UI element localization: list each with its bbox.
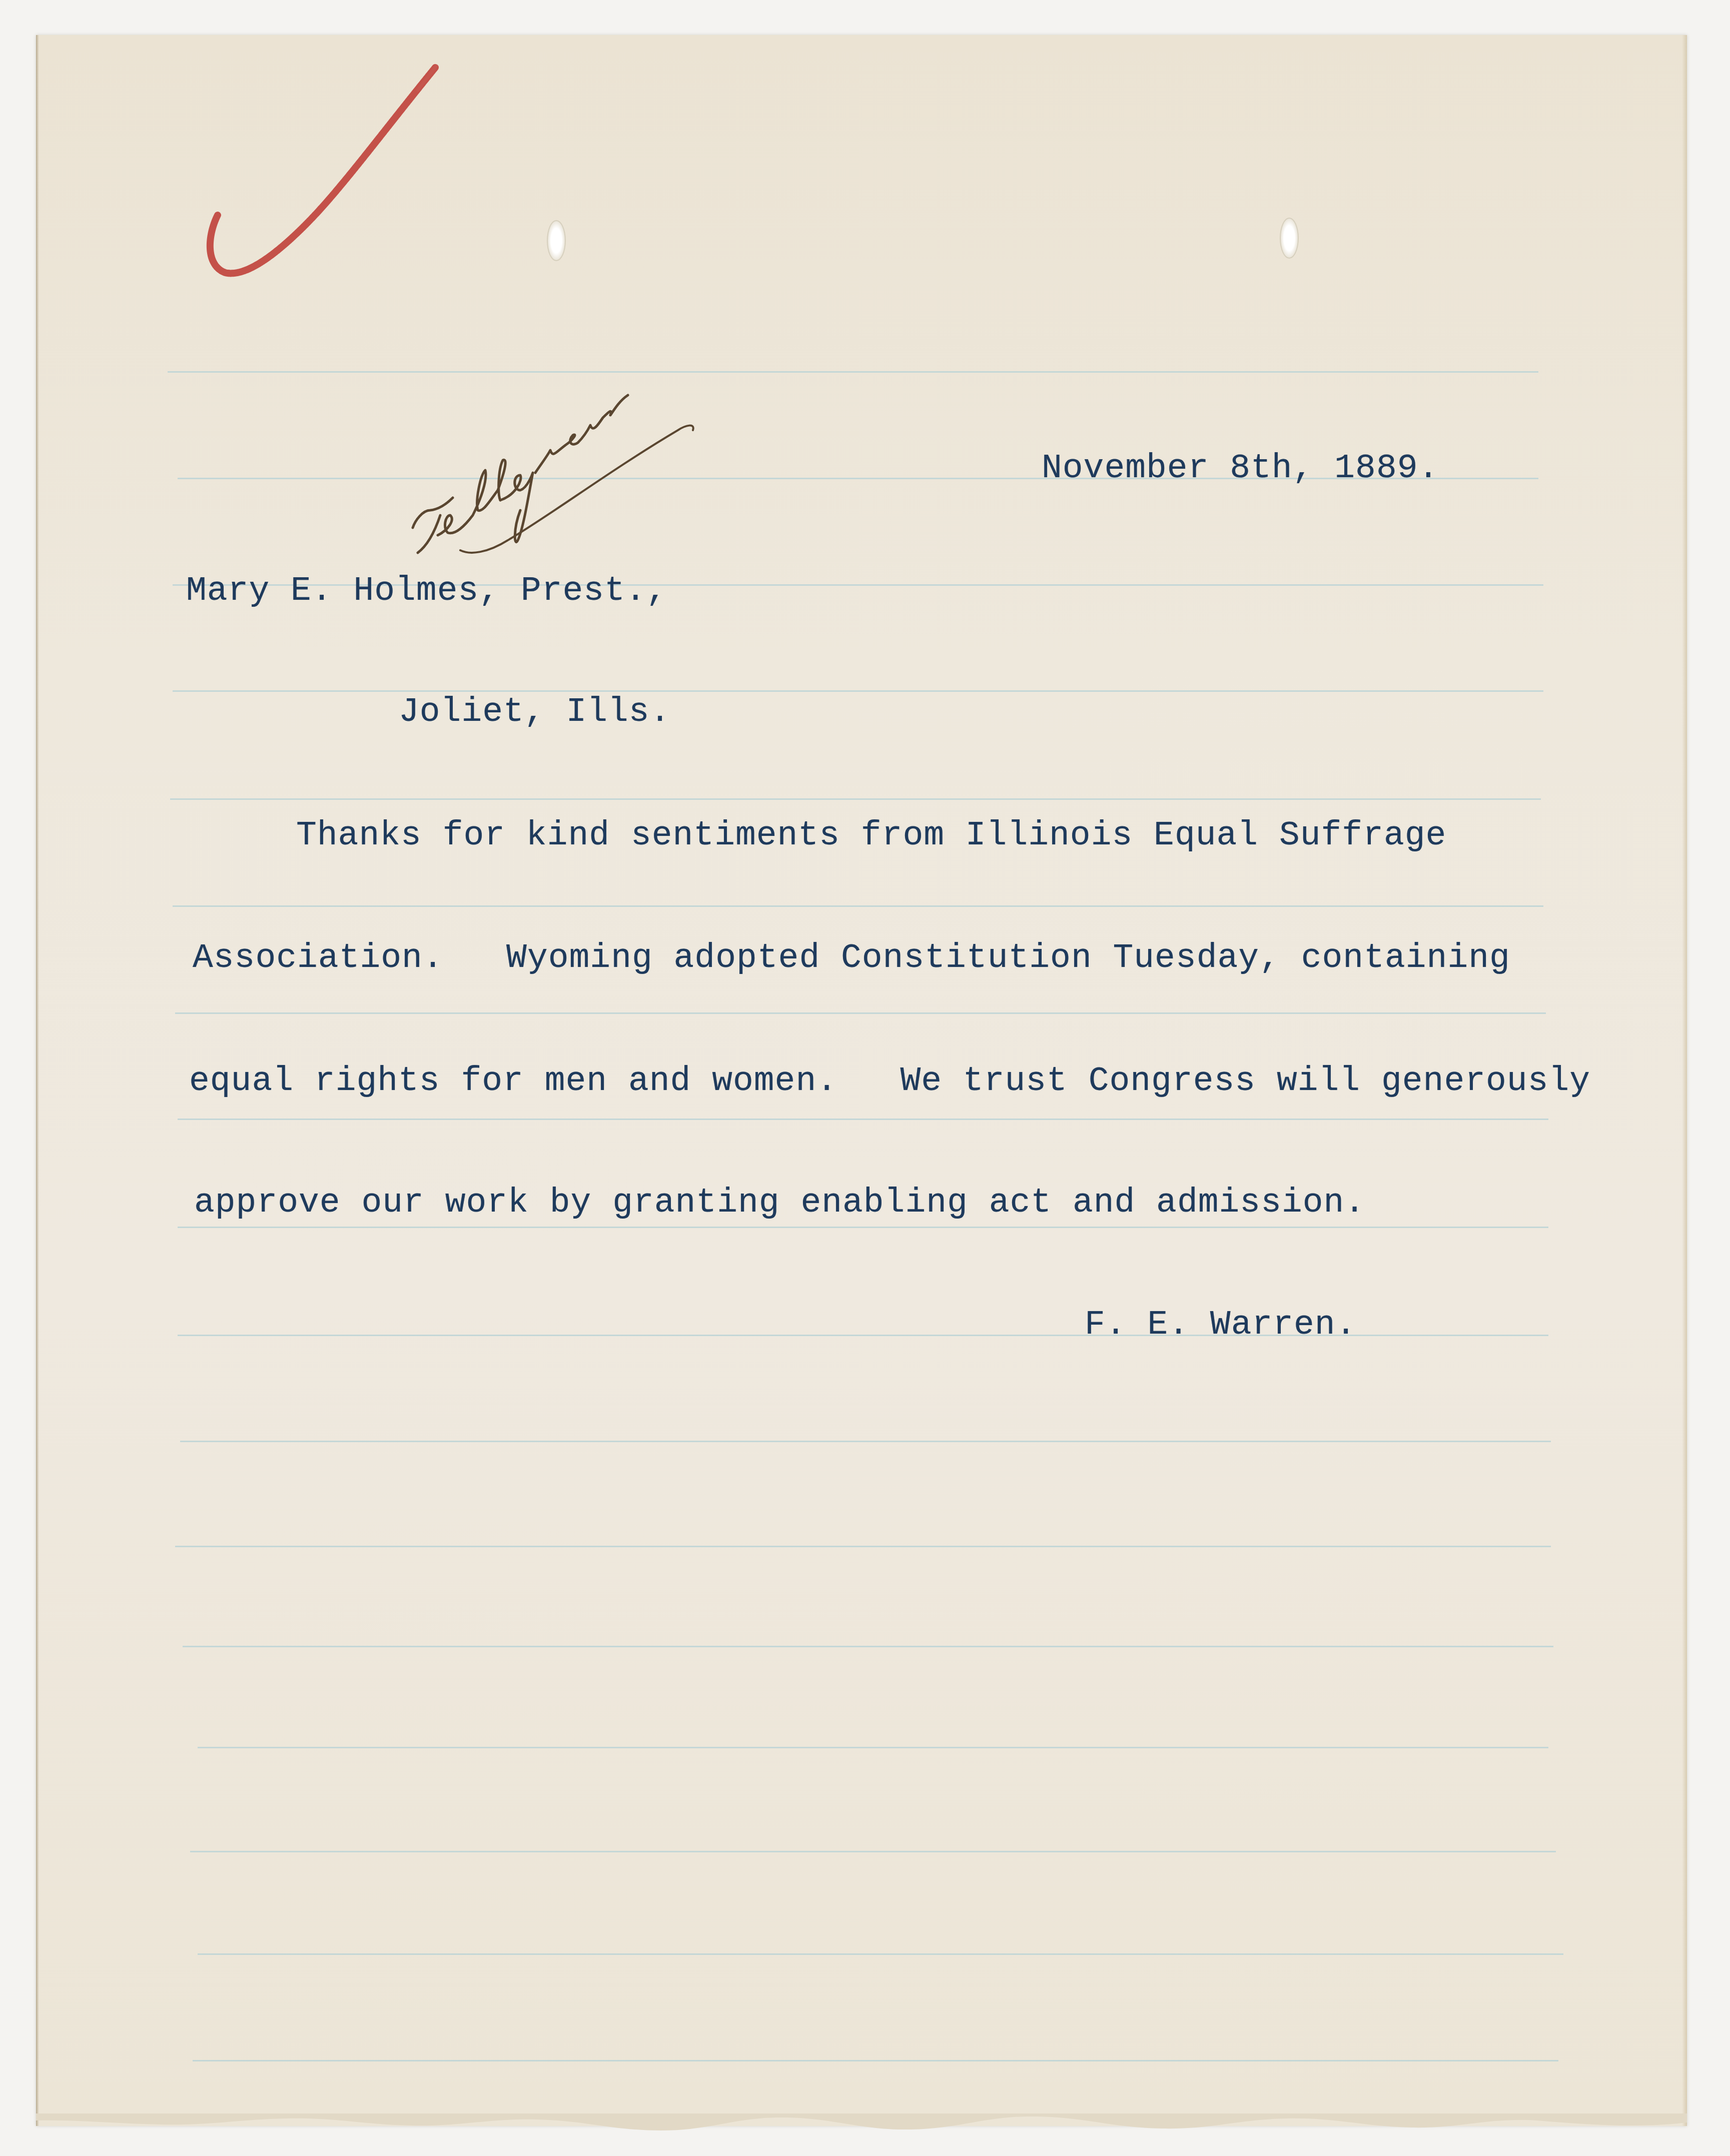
body-line-2: Association. Wyoming adopted Constitutio… bbox=[193, 941, 1510, 975]
rule-line bbox=[173, 690, 1543, 692]
rule-line bbox=[198, 1953, 1563, 1955]
rule-line bbox=[178, 1119, 1548, 1120]
body-line-3: equal rights for men and women. We trust… bbox=[189, 1064, 1590, 1099]
rule-line bbox=[193, 2060, 1558, 2061]
recipient-address: Joliet, Ills. bbox=[399, 695, 671, 729]
body-line-1: Thanks for kind sentiments from Illinois… bbox=[296, 819, 1446, 853]
punch-hole-left bbox=[547, 220, 566, 261]
signature: F. E. Warren. bbox=[1085, 1308, 1357, 1342]
rule-line bbox=[175, 1012, 1546, 1014]
recipient-name: Mary E. Holmes, Prest., bbox=[186, 574, 667, 608]
body-line-4: approve our work by granting enabling ac… bbox=[194, 1186, 1365, 1220]
red-pencil-check-icon bbox=[190, 45, 450, 305]
rule-line bbox=[183, 1646, 1553, 1647]
rule-line bbox=[168, 371, 1538, 373]
rule-line bbox=[180, 1441, 1551, 1442]
rule-line bbox=[173, 905, 1543, 907]
handwritten-telegram-annotation bbox=[400, 350, 710, 560]
rule-line bbox=[170, 798, 1541, 800]
torn-bottom-edge bbox=[36, 2113, 1687, 2138]
rule-line bbox=[190, 1851, 1556, 1852]
rule-line bbox=[175, 1546, 1551, 1547]
letter-date: November 8th, 1889. bbox=[1042, 452, 1439, 486]
punch-hole-right bbox=[1280, 218, 1299, 259]
rule-line bbox=[178, 1227, 1548, 1228]
rule-line bbox=[198, 1747, 1548, 1748]
